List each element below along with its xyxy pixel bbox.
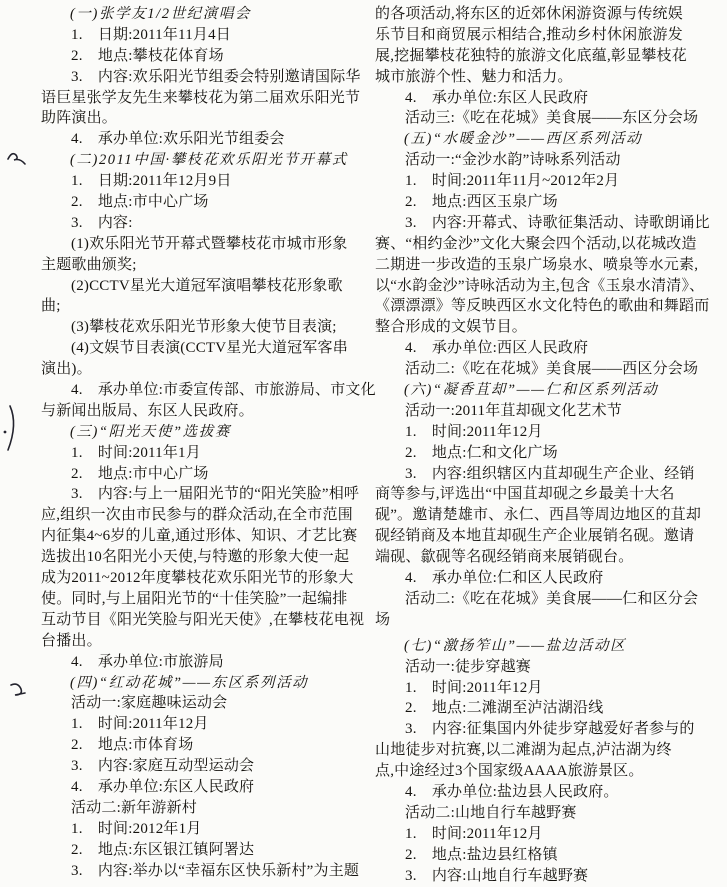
text-line: 活动一:“金沙水韵”诗咏系列活动 [375,150,727,171]
text-line: 1. 时间:2011年1月 [41,443,363,464]
text-line: 助阵演出。 [41,108,363,129]
pen-curve-mark-icon [3,404,21,454]
text-line: 选拔出10名阳光小天使,与特邀的形象大使一起 [41,547,363,568]
text-line: 乐节目和商贸展示相结合,推动乡村休闲旅游发 [375,25,727,46]
text-line: 整合形成的文娱节目。 [375,317,727,338]
text-line: 1. 时间:2011年12月 [375,678,727,699]
text-line: 展,挖掘攀枝花独特的旅游文化底蕴,彰显攀枝花 [375,46,727,67]
text-line: 2. 地点:二滩湖至泸沽湖沿线 [375,698,727,719]
left-text-column: (一)张学友1/2世纪演唱会1. 日期:2011年11月4日2. 地点:攀枝花体… [41,4,363,887]
text-line: 山地徒步对抗赛,以二滩湖为起点,泸沽湖为终 [375,740,727,761]
text-line: 演出)。 [41,359,363,380]
text-line: 2. 地点:市中心广场 [41,464,363,485]
text-line: 活动一:家庭趣味运动会 [41,693,363,714]
text-line: 1. 日期:2011年12月9日 [41,171,363,192]
text-line: 1. 日期:2011年11月4日 [41,25,363,46]
text-line: 活动二:《吃在花城》美食展——西区分会场 [375,359,727,380]
text-line: 4. 承办单位:仁和区人民政府 [375,568,727,589]
text-line: 3. 内容:举办以“幸福东区快乐新村”为主题 [41,861,363,882]
text-line: 3. 内容: [41,213,363,234]
text-line: 成为2011~2012年度攀枝花欢乐阳光节的形象大 [41,568,363,589]
text-line: 4. 承办单位:欢乐阳光节组委会 [41,129,363,150]
text-line: 主题歌曲颁奖; [41,255,363,276]
section-heading-line: (六)“凝香苴却”——仁和区系列活动 [375,380,727,401]
text-line: 活动二:山地自行车越野赛 [375,803,727,824]
pen-check-mark-icon [9,680,29,700]
text-line: 1. 时间:2012年1月 [41,819,363,840]
text-line: 与新闻出版局、东区人民政府。 [41,401,363,422]
text-line: 4. 承办单位:东区人民政府 [41,777,363,798]
section-heading-line: (七)“激扬笮山”——盐边活动区 [375,636,727,657]
text-line: 4. 承办单位:盐边县人民政府。 [375,782,727,803]
text-line: 2. 地点:市中心广场 [41,192,363,213]
text-line: (1)欢乐阳光节开幕式暨攀枝花市城市形象 [41,234,363,255]
text-line: 2. 地点:攀枝花体育场 [41,46,363,67]
text-line: 3. 内容:征集国内外徒步穿越爱好者参与的 [375,719,727,740]
text-line: 曲; [41,296,363,317]
text-line: 砚”。邀请楚雄市、永仁、西昌等周边地区的苴却 [375,505,727,526]
text-line: 2. 地点:西区玉泉广场 [375,192,727,213]
text-line: 的各项活动,将东区的近郊休闲游资源与传统娱 [375,4,727,25]
section-heading-line: (三)“阳光天使”选拔赛 [41,422,363,443]
text-line: (3)攀枝花欢乐阳光节形象大使节目表演; [41,317,363,338]
text-line: 4. 承办单位:市委宣传部、市旅游局、市文化 [41,380,363,401]
text-line: 砚经销商及本地苴却砚生产企业展销名砚。邀请 [375,526,727,547]
text-line: 场 [375,610,727,631]
text-line: 使。同时,与上届阳光节的“十佳笑脸”一起编排 [41,589,363,610]
text-line: 二期进一步改造的玉泉广场泉水、喷泉等水元素, [375,255,727,276]
text-line: 1. 时间:2011年12月 [41,714,363,735]
text-line: (4)文娱节目表演(CCTV星光大道冠军客串 [41,338,363,359]
text-line: 1. 时间:2011年12月 [375,824,727,845]
text-line: 3. 内容:山地自行车越野赛 [375,866,727,887]
text-line: 端砚、歙砚等名砚经销商来展销砚台。 [375,547,727,568]
text-line: 3. 内容:开幕式、诗歌征集活动、诗歌朗诵比 [375,213,727,234]
text-line: 城市旅游个性、魅力和活力。 [375,67,727,88]
text-line: 《漂漂漂》等反映西区水文化特色的歌曲和舞蹈而 [375,296,727,317]
text-line: 活动一:徒步穿越赛 [375,657,727,678]
text-line: 活动一:2011年苴却砚文化艺术节 [375,401,727,422]
text-line: 2. 地点:市体育场 [41,735,363,756]
text-line: 3. 内容:家庭互动型运动会 [41,756,363,777]
text-line: 1. 时间:2011年11月~2012年2月 [375,171,727,192]
section-heading-line: (二)2011中国·攀枝花欢乐阳光节开幕式 [41,150,363,171]
text-line: 4. 承办单位:西区人民政府 [375,338,727,359]
section-heading-line: (五)“水暖金沙”——西区系列活动 [375,129,727,150]
text-line: 以“水韵金沙”诗咏活动为主,包含《玉泉水清清》、 [375,276,727,297]
text-line: (2)CCTV星光大道冠军演唱攀枝花形象歌 [41,276,363,297]
text-line: 点,中途经过3个国家级AAAA旅游景区。 [375,761,727,782]
text-line: 2. 地点:仁和文化广场 [375,443,727,464]
text-line: 内征集4~6岁的儿童,通过形体、知识、才艺比赛 [41,526,363,547]
text-line: 3. 内容:组织辖区内苴却砚生产企业、经销 [375,464,727,485]
text-line: 2. 地点:东区银江镇阿署达 [41,840,363,861]
text-line: 2. 地点:盐边县红格镇 [375,845,727,866]
text-line: 活动二:《吃在花城》美食展——仁和区分会 [375,589,727,610]
text-line: 商等参与,评选出“中国苴却砚之乡最美十大名 [375,484,727,505]
text-line: 互动节目《阳光笑脸与阳光天使》,在攀枝花电视 [41,610,363,631]
text-line: 赛、“相约金沙”文化大聚会四个活动,以花城改造 [375,234,727,255]
text-line: 语巨星张学友先生来攀枝花为第二届欢乐阳光节 [41,88,363,109]
text-line: 应,组织一次由市民参与的群众活动,在全市范围 [41,505,363,526]
text-line: 活动二:新年游新村 [41,798,363,819]
text-line: 3. 内容:与上一届阳光节的“阳光笑脸”相呼 [41,484,363,505]
text-line: 活动三:《吃在花城》美食展——东区分会场 [375,108,727,129]
section-heading-line: (四)“红动花城”——东区系列活动 [41,673,363,694]
text-line: 4. 承办单位:东区人民政府 [375,88,727,109]
text-line: 3. 内容:欢乐阳光节组委会特别邀请国际华 [41,67,363,88]
scanned-document-page: (一)张学友1/2世纪演唱会1. 日期:2011年11月4日2. 地点:攀枝花体… [0,0,727,887]
right-text-column: 的各项活动,将东区的近郊休闲游资源与传统娱乐节目和商贸展示相结合,推动乡村休闲旅… [375,4,727,887]
section-heading-line: (一)张学友1/2世纪演唱会 [41,4,363,25]
text-line: 台播出。 [41,631,363,652]
text-line: 4. 承办单位:市旅游局 [41,652,363,673]
pen-squiggle-mark-icon [7,149,27,171]
text-line: 1. 时间:2011年12月 [375,422,727,443]
